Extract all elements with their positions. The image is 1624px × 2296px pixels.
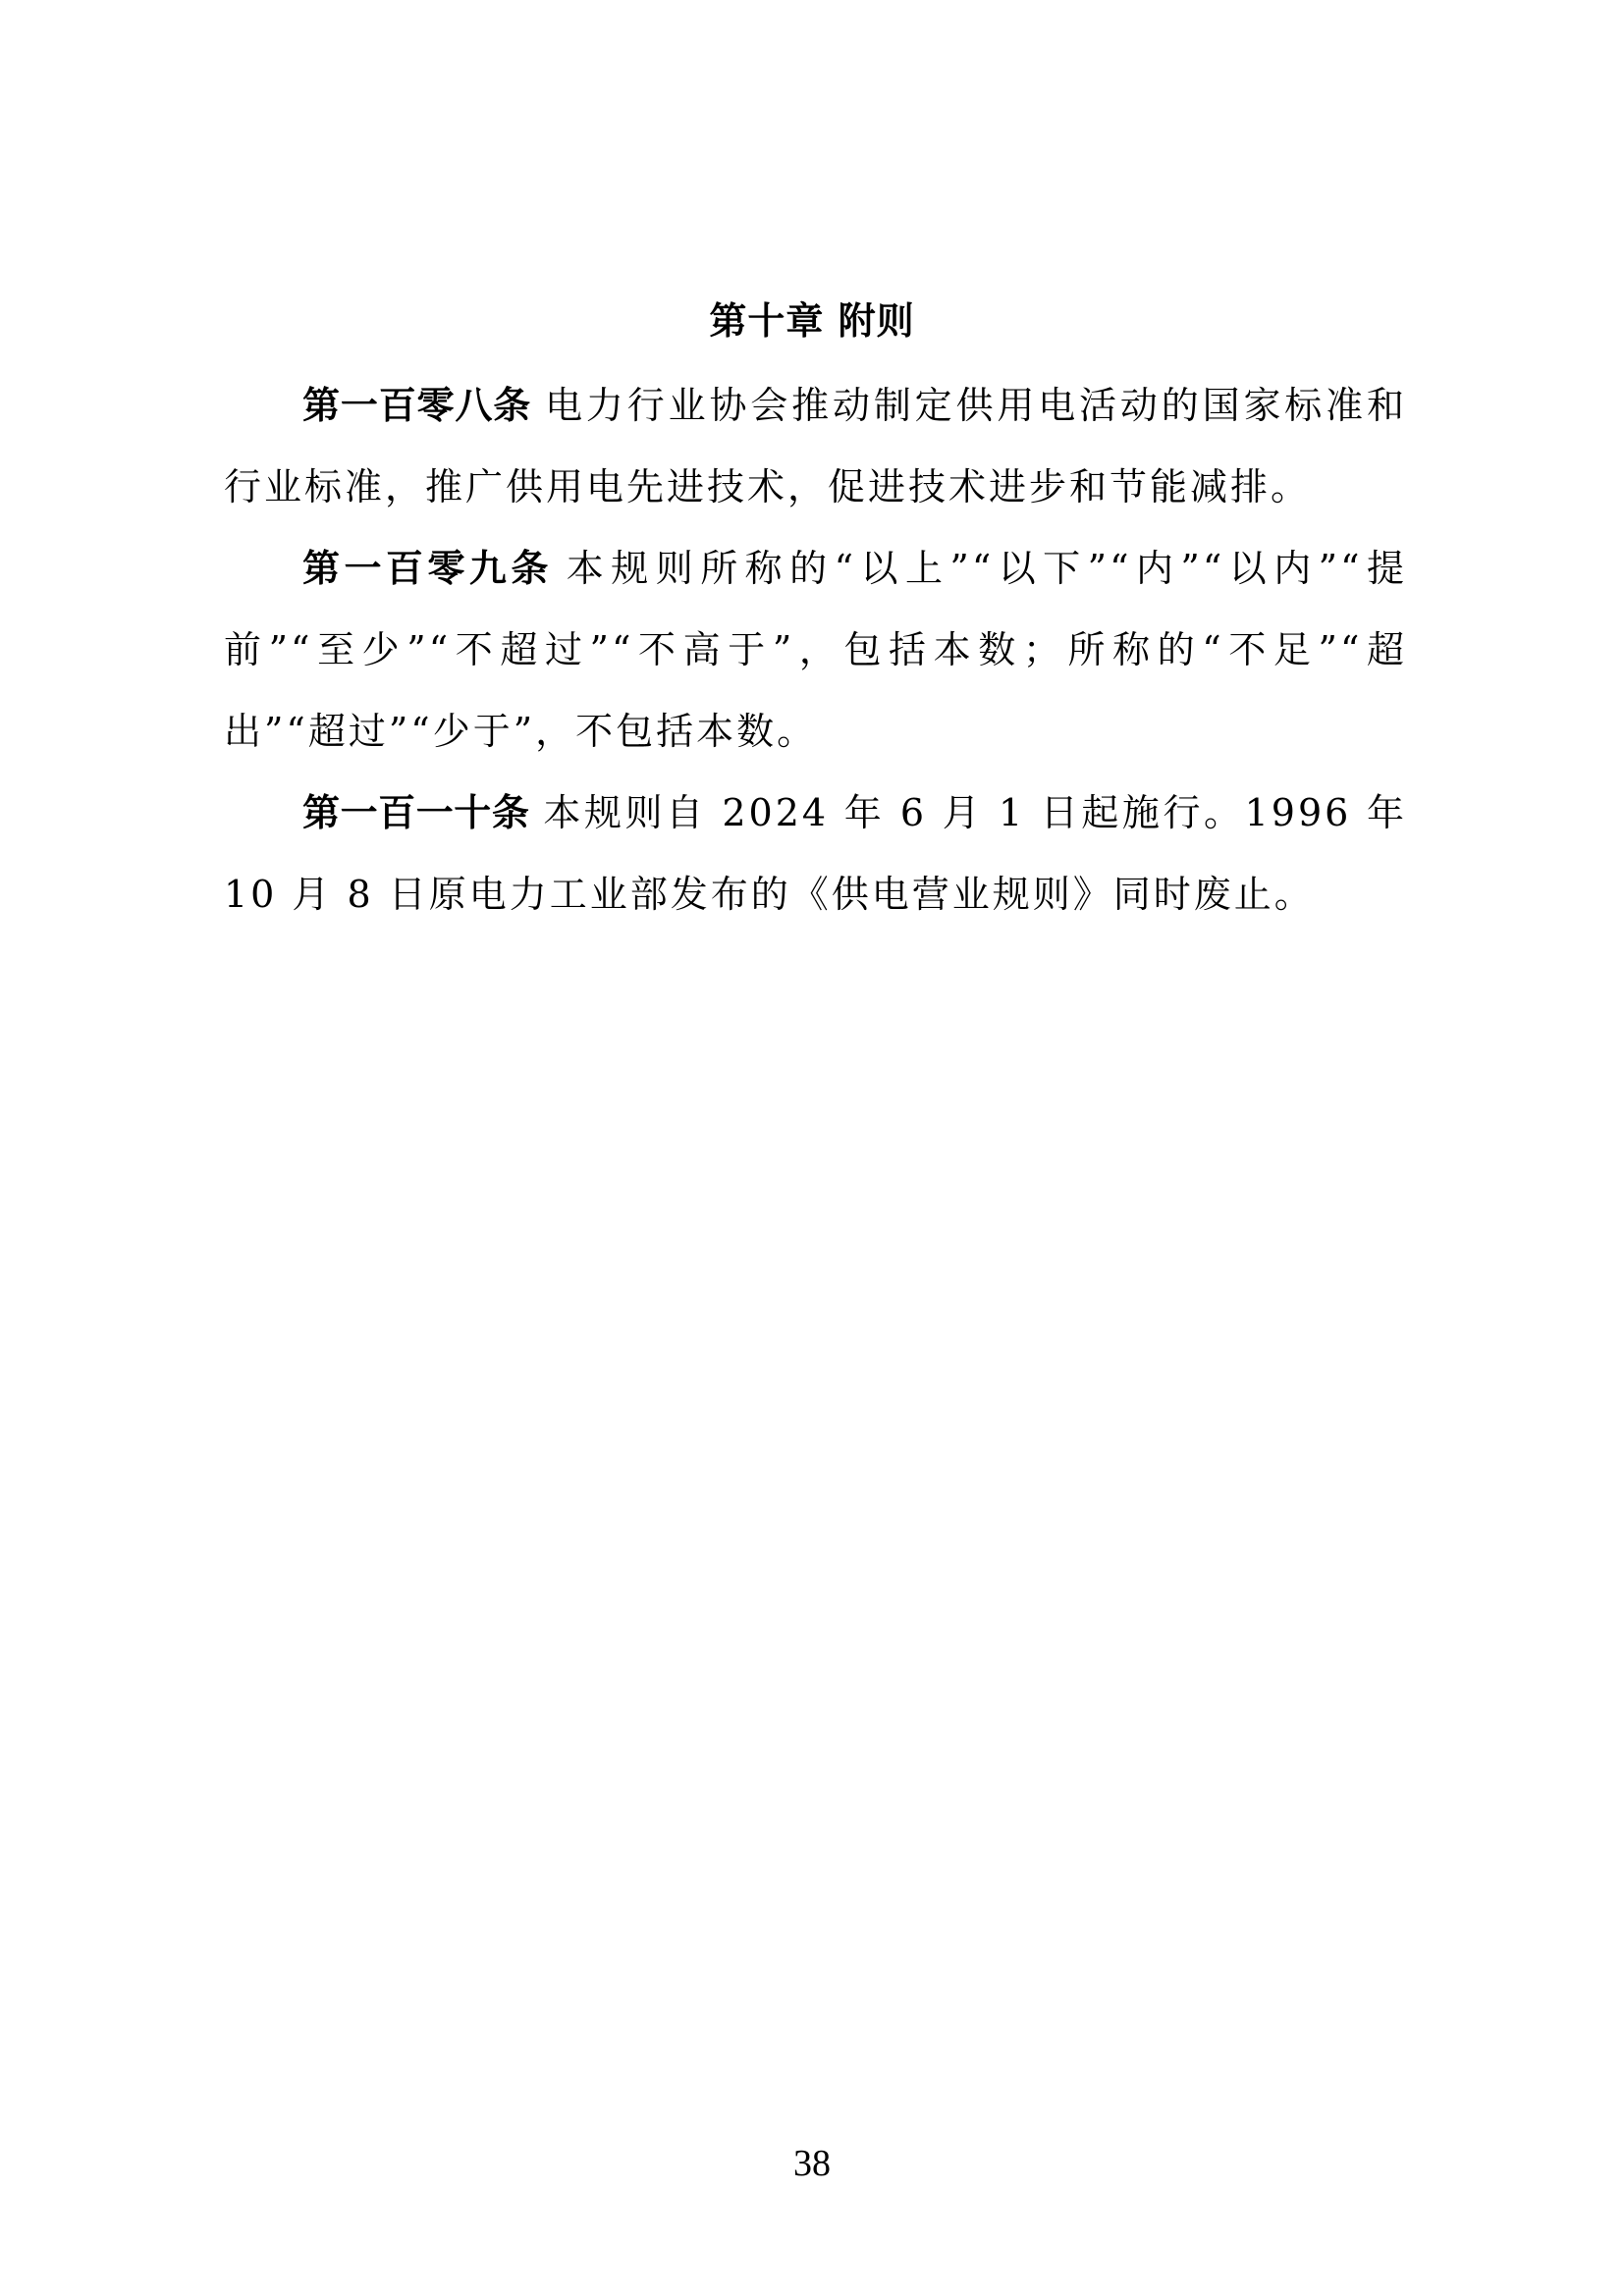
article-label: 第一百零八条 xyxy=(302,384,531,427)
document-page: 第十章 附则 第一百零八条电力行业协会推动制定供用电活动的国家标准和行业标准，推… xyxy=(0,0,1624,2296)
chapter-title: 第十章 附则 xyxy=(0,294,1624,347)
article-109: 第一百零九条本规则所称的“以上”“以下”“内”“以内”“提前”“至少”“不超过”… xyxy=(224,528,1407,773)
article-section: 第一百零八条电力行业协会推动制定供用电活动的国家标准和行业标准，推广供用电先进技… xyxy=(224,365,1407,935)
article-label: 第一百一十条 xyxy=(302,791,529,834)
page-number: 38 xyxy=(0,2142,1624,2185)
article-label: 第一百零九条 xyxy=(302,547,553,590)
article-108: 第一百零八条电力行业协会推动制定供用电活动的国家标准和行业标准，推广供用电先进技… xyxy=(224,365,1407,528)
article-110: 第一百一十条本规则自 2024 年 6 月 1 日起施行。1996 年 10 月… xyxy=(224,773,1407,935)
